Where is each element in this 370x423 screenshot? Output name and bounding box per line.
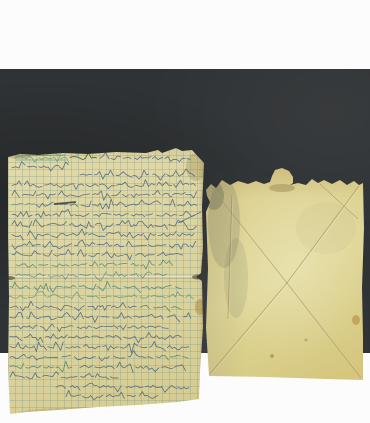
photo-background	[0, 69, 370, 353]
photo: Photograph of a handwritten letter in cu…	[0, 0, 370, 423]
envelope-back	[206, 168, 364, 381]
handwriting-ink	[8, 147, 204, 415]
envelope-creases	[206, 168, 364, 381]
letter-paper	[8, 147, 204, 415]
